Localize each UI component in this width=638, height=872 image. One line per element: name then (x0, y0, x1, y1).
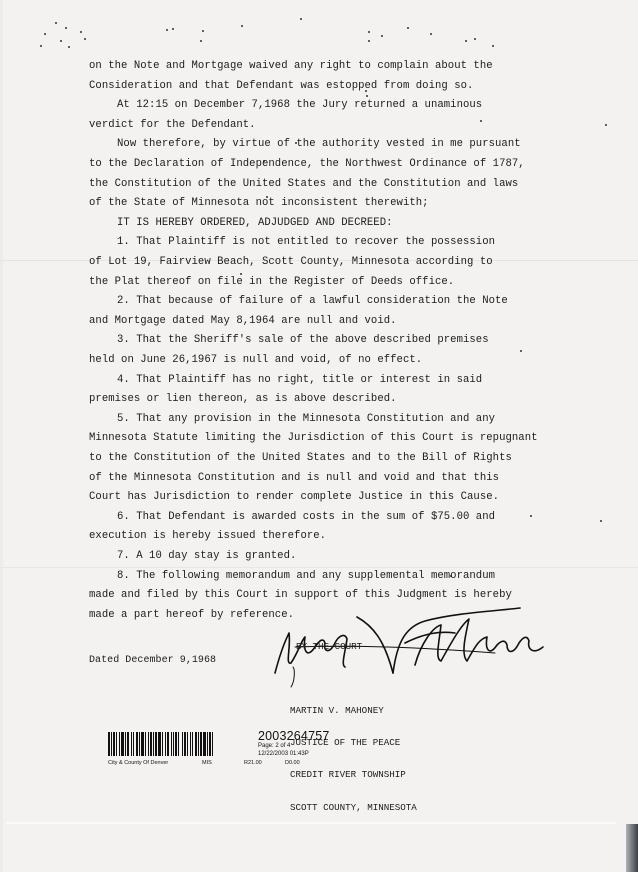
scan-speck (44, 33, 46, 35)
text-line: of the State of Minnesota not inconsiste… (89, 197, 429, 209)
text-line: 5. That any provision in the Minnesota C… (117, 413, 495, 425)
text-line: 6. That Defendant is awarded costs in th… (117, 511, 495, 523)
text-line: made and filed by this Court in support … (89, 589, 512, 601)
township: CREDIT RIVER TOWNSHIP (290, 770, 417, 781)
scan-speck (166, 29, 168, 31)
scan-speck (600, 520, 602, 522)
scan-speck (520, 350, 522, 352)
scan-speck (368, 40, 370, 42)
scan-speck (172, 28, 174, 30)
recording-office: City & County Of Denver (108, 760, 168, 766)
signature-block: BY THE COURT MARTIN V. MAHONEY JUSTICE O… (290, 620, 417, 835)
text-line: Consideration and that Defendant was est… (89, 80, 473, 92)
scan-speck (530, 515, 532, 517)
text-line: of the Minnesota Constitution and is nul… (89, 472, 499, 484)
text-line: to the Declaration of Independence, the … (89, 158, 525, 170)
text-line: 2. That because of failure of a lawful c… (117, 295, 508, 307)
text-line: execution is hereby issued therefore. (89, 530, 326, 542)
recording-page: Page: 2 of 4 (258, 743, 290, 749)
text-line: held on June 26,1967 is null and void, o… (89, 354, 422, 366)
text-line: the Constitution of the United States an… (89, 178, 518, 190)
scan-speck (55, 22, 57, 24)
text-line: the Plat thereof on file in the Register… (89, 276, 454, 288)
scan-speck (241, 25, 243, 27)
scan-speck (465, 40, 467, 42)
text-line: made a part hereof by reference. (89, 609, 294, 621)
scan-speck (65, 27, 67, 29)
text-line: Minnesota Statute limiting the Jurisdict… (89, 432, 538, 444)
scan-speck (84, 38, 86, 40)
recording-type: MIS (202, 760, 212, 766)
text-line: 3. That the Sheriff's sale of the above … (117, 334, 489, 346)
scan-speck (368, 31, 370, 33)
text-line: 1. That Plaintiff is not entitled to rec… (117, 236, 495, 248)
paper-fold-line (0, 567, 638, 568)
text-line: Court has Jurisdiction to render complet… (89, 491, 499, 503)
recording-fee-r: R21.00 (244, 760, 262, 766)
scan-speck (605, 124, 607, 126)
text-line: 4. That Plaintiff has no right, title or… (117, 374, 482, 386)
by-the-court: BY THE COURT (290, 642, 417, 653)
recording-fee-d: D0.00 (285, 760, 300, 766)
text-line: on the Note and Mortgage waived any righ… (89, 60, 493, 72)
text-line: of Lot 19, Fairview Beach, Scott County,… (89, 256, 493, 268)
scan-speck (492, 45, 494, 47)
county: SCOTT COUNTY, MINNESOTA (290, 803, 417, 814)
scan-speck (202, 30, 204, 32)
scanner-shadow (626, 824, 638, 872)
text-line: verdict for the Defendant. (89, 119, 256, 131)
text-line: At 12:15 on December 7,1968 the Jury ret… (117, 99, 482, 111)
dated-line: Dated December 9,1968 (89, 655, 216, 666)
text-line: IT IS HEREBY ORDERED, ADJUDGED AND DECRE… (117, 217, 393, 229)
text-line: to the Constitution of the United States… (89, 452, 512, 464)
scan-speck (381, 35, 383, 37)
recording-number: 2003264757 (258, 729, 330, 743)
recording-barcode (108, 732, 260, 756)
scan-left-edge (0, 0, 3, 872)
scan-speck (480, 120, 482, 122)
scan-speck (68, 46, 70, 48)
scan-speck (474, 38, 476, 40)
text-line: premises or lien thereon, as is above de… (89, 393, 397, 405)
scanned-document-page: on the Note and Mortgage waived any righ… (0, 0, 638, 872)
scan-speck (200, 40, 202, 42)
text-line: 7. A 10 day stay is granted. (117, 550, 296, 562)
scan-speck (407, 27, 409, 29)
scan-speck (430, 33, 432, 35)
recording-datetime: 12/22/2003 01:43P (258, 751, 309, 757)
scan-speck (300, 18, 302, 20)
scan-speck (80, 31, 82, 33)
scan-speck (366, 95, 368, 97)
text-line: Now therefore, by virtue of the authorit… (117, 138, 521, 150)
judge-name: MARTIN V. MAHONEY (290, 706, 417, 717)
text-line: 8. The following memorandum and any supp… (117, 570, 495, 582)
scan-speck (60, 40, 62, 42)
scan-speck (40, 45, 42, 47)
text-line: and Mortgage dated May 8,1964 are null a… (89, 315, 397, 327)
